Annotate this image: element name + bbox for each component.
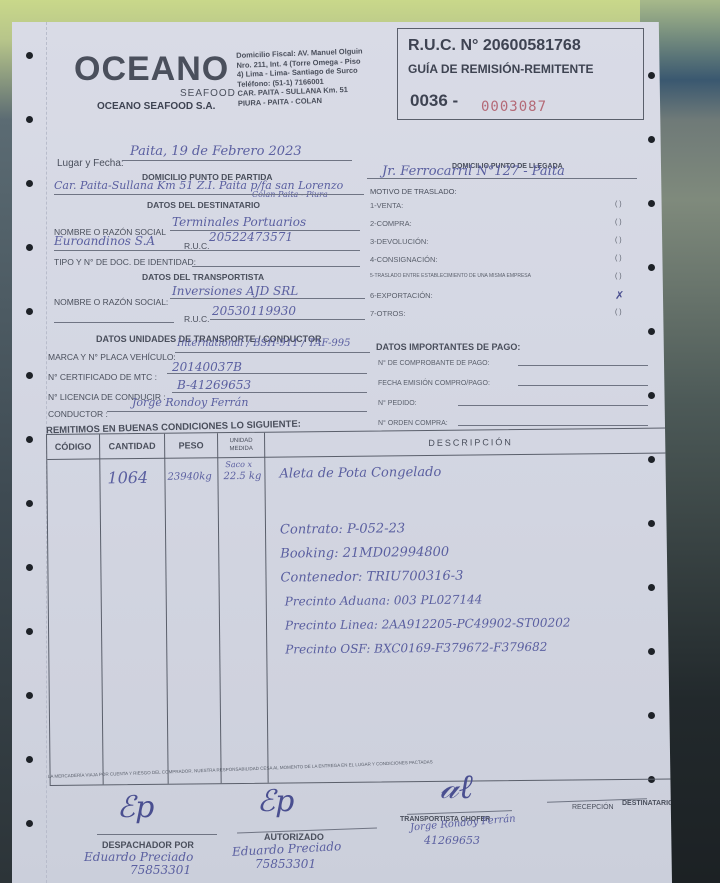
- carrier-name-value: Inversiones AJD SRL: [172, 284, 298, 298]
- checkbox-empty: ( ): [615, 273, 622, 280]
- transfer-reason-option: 7-OTROS:( ): [370, 309, 630, 318]
- authorized-signature: ℰp: [257, 784, 294, 819]
- carrier-ruc-label: R.U.C.: [184, 314, 210, 324]
- recipient-name-value: Terminales Portuarios: [172, 215, 306, 229]
- transfer-reason-option: 1-VENTA:( ): [370, 201, 630, 210]
- transfer-reason-label: 5-TRASLADO ENTRE ESTABLECIMIENTO DE UNA …: [370, 273, 531, 279]
- carrier-name-label: NOMBRE O RAZÓN SOCIAL:: [54, 297, 168, 307]
- recipient-section-title: DATOS DEL DESTINATARIO: [147, 200, 260, 210]
- goods-detail-line: Precinto Linea: 2AA912205-PC49902-ST0020…: [285, 616, 571, 633]
- carrier-signature: 𝒶ℓ: [440, 767, 473, 807]
- driver-value: Jorge Rondoy Ferrán: [132, 396, 248, 409]
- checkbox-empty: ( ): [615, 219, 622, 226]
- transfer-reason-label: 2-COMPRA:: [370, 219, 412, 228]
- transfer-reason-label: 3-DEVOLUCIÓN:: [370, 237, 428, 246]
- mtc-label: N° CERTIFICADO DE MTC :: [48, 372, 157, 382]
- transfer-reason-option: 3-DEVOLUCIÓN:( ): [370, 237, 630, 246]
- transfer-reason-label: 1-VENTA:: [370, 201, 403, 210]
- dispatcher-id: 75853301: [130, 863, 191, 877]
- carrier-section-title: DATOS DEL TRANSPORTISTA: [142, 272, 264, 282]
- transfer-reason-option: 2-COMPRA:( ): [370, 219, 630, 228]
- recipient-ruc-value: 20522473571: [209, 230, 293, 244]
- transfer-reason-title: MOTIVO DE TRASLADO:: [370, 187, 457, 196]
- payment-field: N° PEDIDO:: [378, 400, 648, 407]
- transfer-reason-label: 4-CONSIGNACIÓN:: [370, 255, 438, 264]
- carrier-ruc-value: 20530119930: [212, 304, 296, 318]
- col-header-descripcion: DESCRIPCIÓN: [265, 428, 676, 457]
- payment-field: FECHA EMISIÓN COMPRO/PAGO:: [378, 380, 648, 387]
- goods-detail-line: Contrato: P-052-23: [280, 521, 405, 537]
- driver-label: CONDUCTOR :: [48, 409, 108, 419]
- arrival-value: Jr. Ferrocarril N°127 - Paita: [382, 164, 565, 179]
- recipient-name-value-2: Euroandinos S.A: [54, 234, 155, 248]
- row-descripcion: Aleta de Pota Congelado: [279, 465, 441, 482]
- checkbox-empty: ( ): [615, 237, 622, 244]
- payment-title: DATOS IMPORTANTES DE PAGO:: [376, 342, 520, 352]
- checkbox-empty: ( ): [615, 309, 622, 316]
- dispatcher-label: DESPACHADOR POR: [102, 840, 194, 850]
- transfer-reason-label: 6-EXPORTACIÓN:: [370, 291, 433, 300]
- checkbox-empty: ( ): [615, 201, 622, 208]
- payment-field: N° ORDEN COMPRA:: [378, 420, 648, 427]
- transfer-reason-option: 5-TRASLADO ENTRE ESTABLECIMIENTO DE UNA …: [370, 273, 630, 279]
- col-header-cantidad: CANTIDAD: [100, 434, 165, 460]
- transfer-reason-option: 6-EXPORTACIÓN:✗: [370, 291, 630, 300]
- license-value: B-41269653: [177, 378, 251, 392]
- ruc-number: R.U.C. N° 20600581768: [408, 37, 581, 55]
- reception-label: RECEPCIÓN: [572, 804, 614, 811]
- document-correlative: 0003087: [481, 99, 547, 115]
- row-peso: 23940kg: [167, 471, 211, 482]
- place-date-label: Lugar y Fecha:: [57, 158, 124, 169]
- goods-detail-line: Precinto OSF: BXC0169-F379672-F379682: [285, 640, 547, 657]
- goods-detail-line: Precinto Aduana: 003 PL027144: [285, 592, 483, 608]
- col-header-codigo: CÓDIGO: [47, 434, 100, 460]
- row-cantidad: 1064: [107, 468, 148, 487]
- transfer-reason-label: 7-OTROS:: [370, 309, 405, 318]
- company-logo: OCEANO: [74, 50, 229, 89]
- company-name: OCEANO SEAFOOD S.A.: [97, 101, 215, 112]
- carrier-signature-id: 41269653: [424, 834, 480, 847]
- col-header-unidad: UNIDAD MEDIDA: [218, 433, 265, 458]
- company-address: Domicilio Fiscal: AV. Manuel Olguin Nro.…: [236, 45, 403, 108]
- authorized-name: Eduardo Preciado: [232, 839, 342, 859]
- ruc-box: R.U.C. N° 20600581768 GUÍA DE REMISIÓN-R…: [397, 28, 644, 120]
- place-date-value: Paita, 19 de Febrero 2023: [130, 144, 302, 159]
- mtc-value: 20140037B: [172, 360, 242, 374]
- transfer-reason-option: 4-CONSIGNACIÓN:( ): [370, 255, 630, 264]
- dispatcher-signature: ℰp: [117, 790, 154, 825]
- col-header-peso: PESO: [165, 433, 218, 459]
- goods-detail-line: Booking: 21MD02994800: [280, 545, 449, 562]
- tractor-holes-left: [26, 52, 36, 872]
- row-unidad-2: 22.5 kg: [223, 471, 261, 482]
- dispatcher-name: Eduardo Preciado: [84, 850, 193, 864]
- plate-value: International / BSH-911 / TAF-995: [177, 338, 351, 349]
- row-unidad-1: Saco x: [225, 460, 252, 469]
- recipient-doc-label: TIPO Y N° DE DOC. DE IDENTIDAD:: [54, 257, 196, 267]
- recipient-signature-label: DESTINATARIO: [622, 800, 673, 807]
- document-series: 0036 -: [410, 91, 458, 111]
- company-logo-subtitle: SEAFOOD: [180, 88, 236, 99]
- goods-detail-line: Contenedor: TRIU700316-3: [280, 569, 463, 586]
- goods-table: CÓDIGO CANTIDAD PESO UNIDAD MEDIDA DESCR…: [46, 427, 682, 786]
- authorized-id: 75853301: [255, 857, 316, 871]
- plate-label: MARCA Y N° PLACA VEHÍCULO:: [48, 352, 176, 362]
- remission-guide-document: OCEANO SEAFOOD OCEANO SEAFOOD S.A. Domic…: [12, 22, 672, 883]
- payment-field: N° DE COMPROBANTE DE PAGO:: [378, 360, 648, 367]
- checked-mark-icon: ✗: [615, 289, 624, 302]
- document-title: GUÍA DE REMISIÓN-REMITENTE: [408, 62, 594, 76]
- checkbox-empty: ( ): [615, 255, 622, 262]
